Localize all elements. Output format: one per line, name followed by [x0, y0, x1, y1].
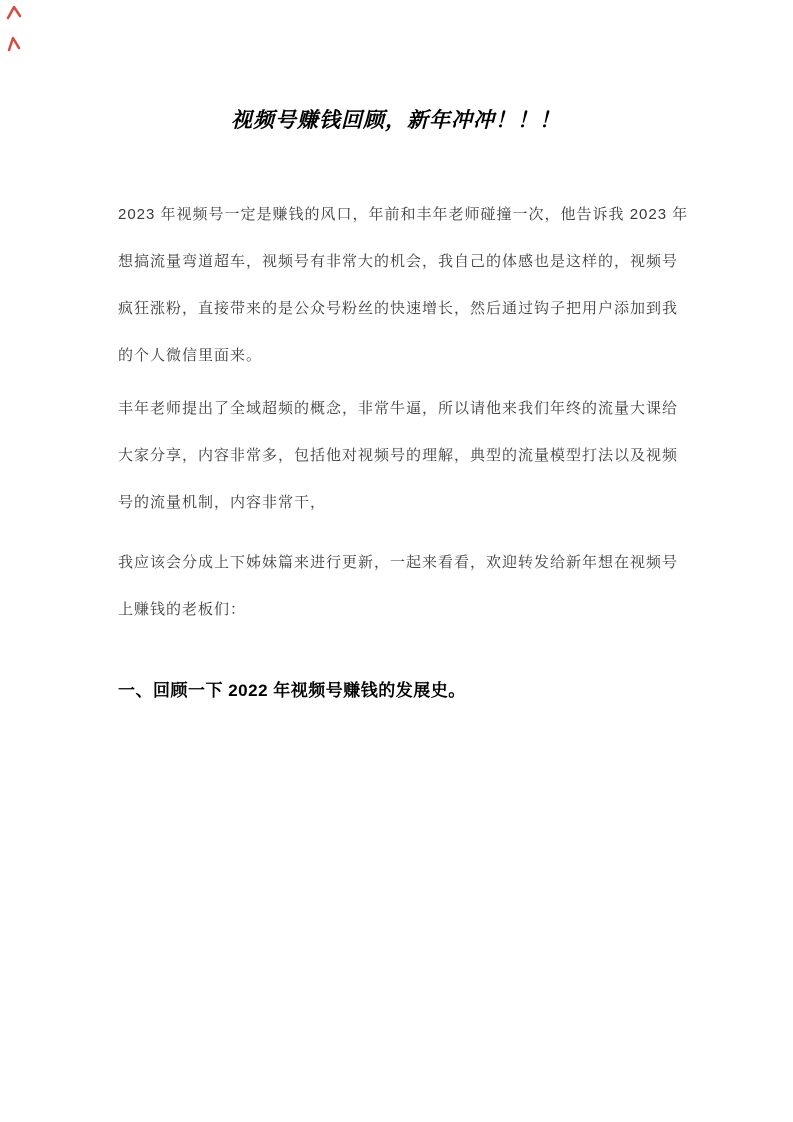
corner-red-marks-icon: [5, 4, 27, 54]
document-page: 视频号赚钱回顾，新年冲冲！！！ 2023 年视频号一定是赚钱的风口，年前和丰年老…: [0, 0, 793, 1122]
paragraph-1-line-1: 2023 年视频号一定是赚钱的风口，年前和丰年老师碰撞一次，他告诉我 2023 …: [118, 191, 676, 238]
paragraph-1: 2023 年视频号一定是赚钱的风口，年前和丰年老师碰撞一次，他告诉我 2023 …: [118, 191, 676, 379]
paragraph-3-line-1: 我应该会分成上下姊妹篇来进行更新，一起来看看，欢迎转发给新年想在视频号: [118, 539, 676, 586]
paragraph-3-line-2: 上赚钱的老板们：: [118, 586, 676, 633]
paragraph-2-line-2: 大家分享，内容非常多，包括他对视频号的理解，典型的流量模型打法以及视频: [118, 432, 676, 479]
paragraph-1-line-4: 的个人微信里面来。: [118, 332, 676, 379]
document-title: 视频号赚钱回顾，新年冲冲！！！: [0, 0, 793, 136]
paragraph-2-line-1: 丰年老师提出了全域超频的概念，非常牛逼，所以请他来我们年终的流量大课给: [118, 385, 676, 432]
paragraph-1-line-2: 想搞流量弯道超车，视频号有非常大的机会，我自己的体感也是这样的，视频号: [118, 238, 676, 285]
document-body: 2023 年视频号一定是赚钱的风口，年前和丰年老师碰撞一次，他告诉我 2023 …: [0, 191, 793, 633]
paragraph-2: 丰年老师提出了全域超频的概念，非常牛逼，所以请他来我们年终的流量大课给 大家分享…: [118, 385, 676, 526]
paragraph-1-line-3: 疯狂涨粉，直接带来的是公众号粉丝的快速增长，然后通过钩子把用户添加到我: [118, 285, 676, 332]
paragraph-2-line-3: 号的流量机制，内容非常干，: [118, 479, 676, 526]
paragraph-3: 我应该会分成上下姊妹篇来进行更新，一起来看看，欢迎转发给新年想在视频号 上赚钱的…: [118, 539, 676, 633]
section-heading: 一、回顾一下 2022 年视频号赚钱的发展史。: [118, 678, 676, 704]
